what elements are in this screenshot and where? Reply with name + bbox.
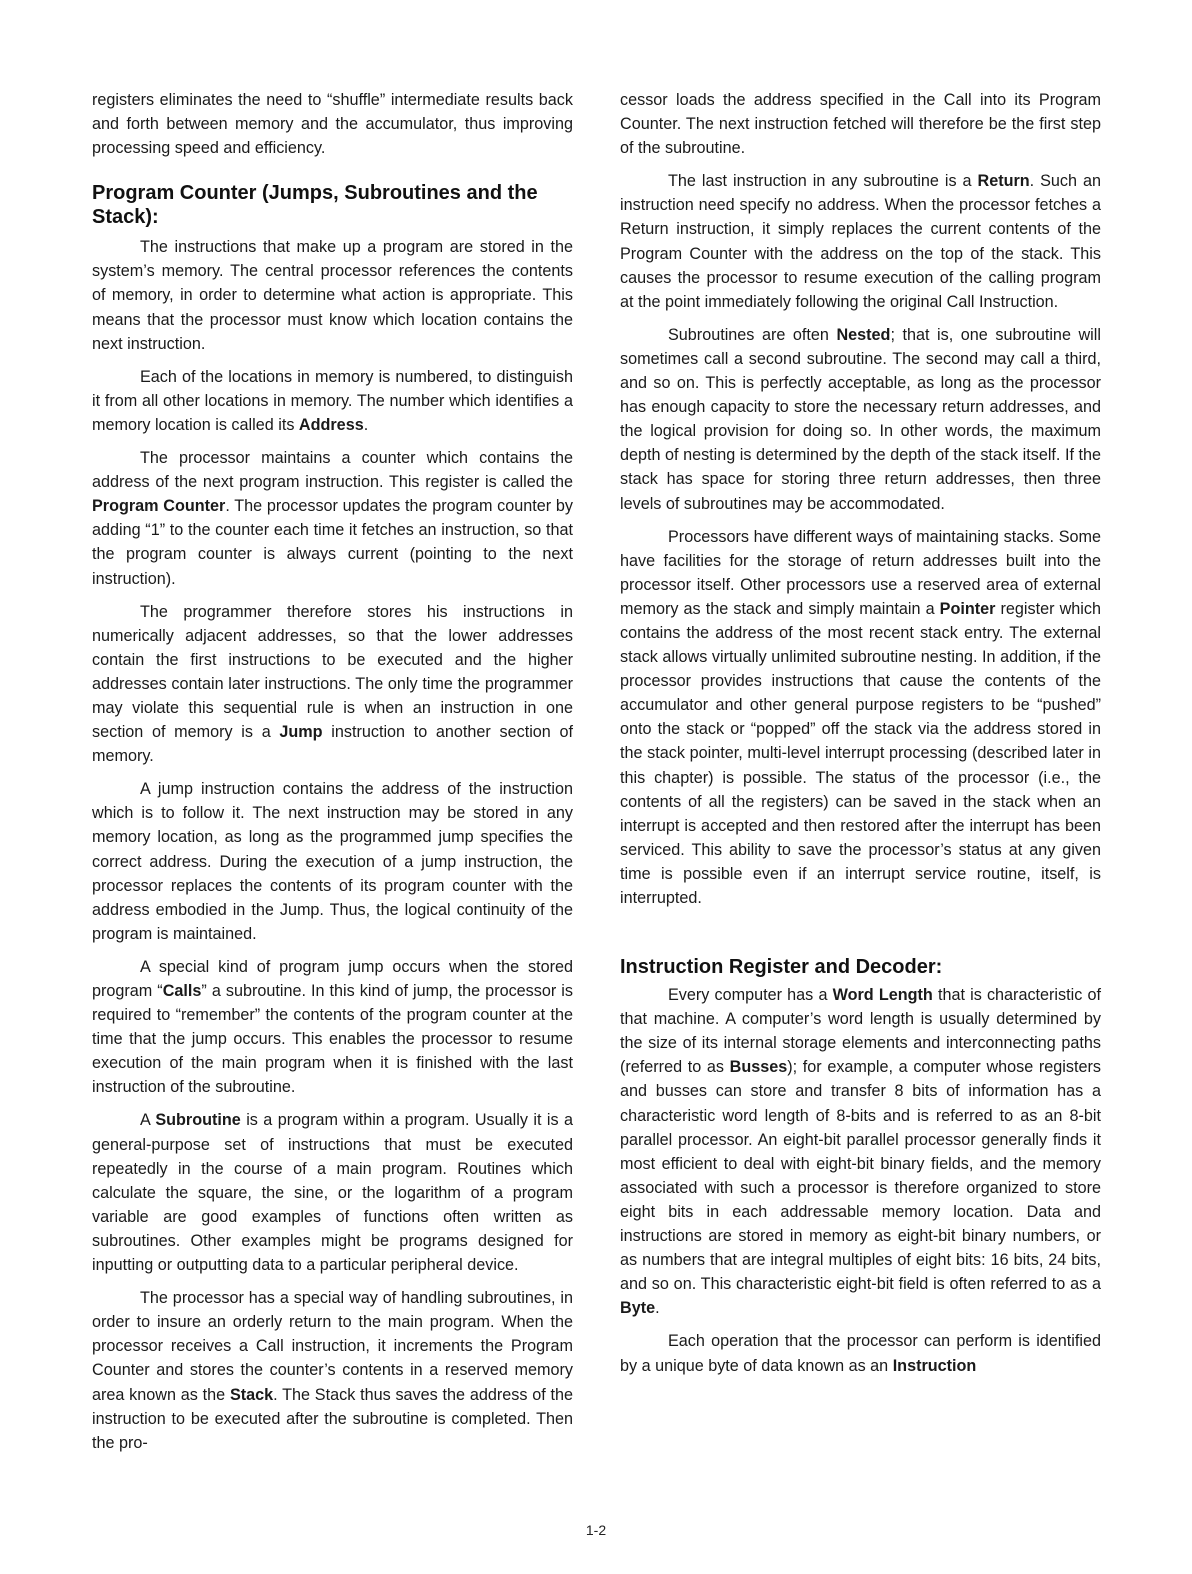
paragraph: Processors have different ways of mainta… xyxy=(620,525,1101,911)
section-heading-instruction-register: Instruction Register and Decoder: xyxy=(620,955,1101,979)
text: register which contains the address of t… xyxy=(620,600,1101,907)
paragraph: Each operation that the processor can pe… xyxy=(620,1329,1101,1377)
paragraph: A special kind of program jump occurs wh… xyxy=(92,955,573,1100)
text: Every computer has a xyxy=(668,986,833,1004)
text: is a program within a program. Usually i… xyxy=(92,1111,573,1274)
paragraph: Every computer has a Word Length that is… xyxy=(620,983,1101,1320)
text: The processor maintains a counter which … xyxy=(92,449,573,491)
term-calls: Calls xyxy=(163,982,202,1000)
paragraph: The instructions that make up a program … xyxy=(92,235,573,355)
paragraph: The programmer therefore stores his inst… xyxy=(92,600,573,769)
term-subroutine: Subroutine xyxy=(155,1111,240,1129)
text: Each operation that the processor can pe… xyxy=(620,1332,1101,1374)
term-stack: Stack xyxy=(230,1386,273,1404)
right-column: cessor loads the address specified in th… xyxy=(620,88,1101,1387)
paragraph: The last instruction in any subroutine i… xyxy=(620,169,1101,314)
paragraph: The processor has a special way of handl… xyxy=(92,1286,573,1455)
term-return: Return xyxy=(978,172,1030,190)
term-address: Address xyxy=(299,416,364,434)
term-busses: Busses xyxy=(730,1058,788,1076)
paragraph: cessor loads the address specified in th… xyxy=(620,88,1101,160)
term-program-counter: Program Counter xyxy=(92,497,225,515)
paragraph: Each of the locations in memory is numbe… xyxy=(92,365,573,437)
term-pointer: Pointer xyxy=(940,600,996,618)
term-instruction: Instruction xyxy=(893,1357,977,1375)
text: ); for example, a computer whose registe… xyxy=(620,1058,1101,1293)
paragraph: The processor maintains a counter which … xyxy=(92,446,573,591)
term-nested: Nested xyxy=(836,326,890,344)
term-word-length: Word Length xyxy=(833,986,933,1004)
term-jump: Jump xyxy=(279,723,322,741)
text: ; that is, one subroutine will sometimes… xyxy=(620,326,1101,513)
section-heading-program-counter: Program Counter (Jumps, Subroutines and … xyxy=(92,181,573,229)
left-column: registers eliminates the need to “shuffl… xyxy=(92,88,573,1464)
paragraph: Subroutines are often Nested; that is, o… xyxy=(620,323,1101,516)
text: . xyxy=(364,416,369,434)
text: The last instruction in any subroutine i… xyxy=(668,172,978,190)
text: The programmer therefore stores his inst… xyxy=(92,603,573,741)
text: . xyxy=(655,1299,660,1317)
text: A xyxy=(140,1111,155,1129)
text: Subroutines are often xyxy=(668,326,836,344)
text: . Such an instruction need specify no ad… xyxy=(620,172,1101,310)
paragraph: registers eliminates the need to “shuffl… xyxy=(92,88,573,160)
paragraph: A Subroutine is a program within a progr… xyxy=(92,1108,573,1277)
term-byte: Byte xyxy=(620,1299,655,1317)
page-number: 1-2 xyxy=(0,1522,1192,1538)
paragraph: A jump instruction contains the address … xyxy=(92,777,573,946)
